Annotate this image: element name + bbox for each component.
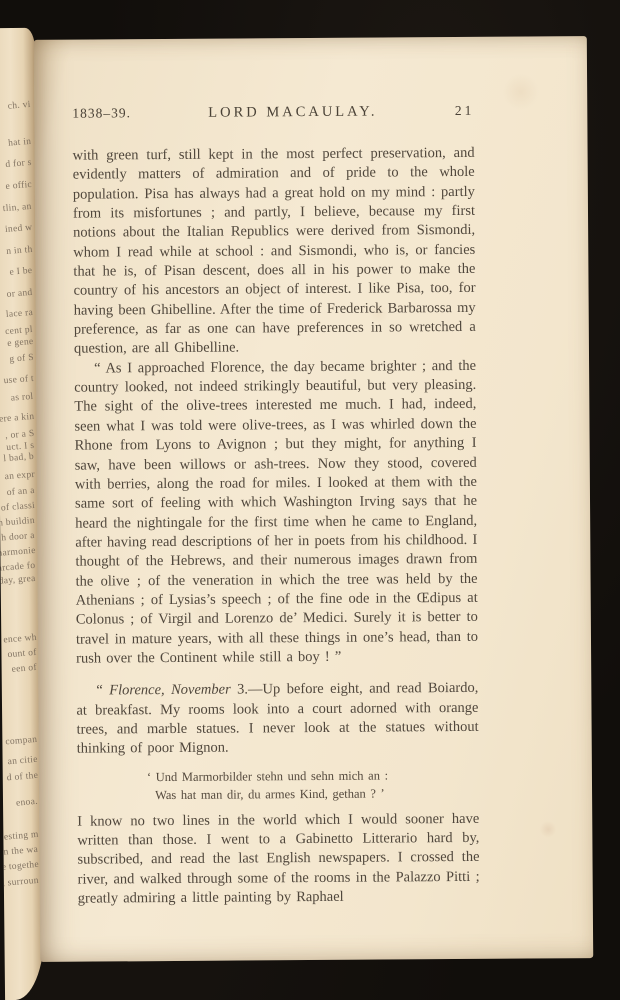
page-content: 1838–39. LORD MACAULAY. 21 with green tu…	[72, 37, 480, 909]
facing-page-text-fragment: l bad, b	[3, 452, 34, 464]
facing-page-text-fragment: n in th	[6, 245, 33, 257]
facing-page-text-fragment: ount of	[7, 648, 37, 660]
running-head-date: 1838–39.	[72, 105, 131, 121]
facing-page-text-fragment: cent pl	[5, 325, 33, 337]
facing-page-text-fragment: day, grea	[0, 574, 36, 587]
entry-open-quote: “	[96, 683, 109, 699]
facing-page-text-fragment: use of t	[3, 374, 34, 386]
verse-quotation: ‘ Und Marmorbilder stehn und sehn mich a…	[77, 766, 479, 806]
facing-page-text-fragment: arcade fo	[0, 561, 36, 574]
facing-page-text-fragment: resting m	[0, 830, 39, 843]
facing-page-text-fragment: e I be	[9, 266, 33, 278]
running-head-title: LORD MACAULAY.	[208, 104, 377, 122]
facing-page-text-fragment: al, surroun	[0, 876, 39, 889]
paragraph-gabinetto: I know no two lines in the world which I…	[77, 810, 480, 910]
facing-page-text-fragment: h door a	[1, 531, 35, 544]
facing-page-text-fragment: ere a kin	[0, 412, 34, 425]
facing-page-text-fragment: harmonie	[0, 546, 36, 559]
verse-line-2: Was hat man dir, du armes Kind, gethan ?…	[147, 784, 479, 805]
facing-page-text-fragment: or and	[7, 288, 34, 300]
facing-page-text-fragment: enoa.	[16, 797, 39, 809]
facing-page-text-fragment: lace ra	[5, 308, 33, 320]
facing-page-text-fragment: e togethe	[1, 860, 39, 873]
running-head: 1838–39. LORD MACAULAY. 21	[72, 103, 474, 123]
facing-page-text-fragment: , or a S	[5, 429, 35, 441]
facing-page-text-fragment: d for s	[5, 158, 32, 170]
facing-page-text-fragment: of classi	[1, 501, 36, 514]
facing-page-text-fragment: e gene	[7, 337, 34, 349]
facing-page-text-fragment: an expr	[4, 470, 35, 482]
facing-page-text-fragment: tlin, an	[3, 202, 33, 214]
facing-page-text-fragment: hat in	[8, 137, 32, 149]
facing-page-text-fragment: h buildin	[0, 516, 35, 529]
facing-page-text-fragment: d of the	[6, 771, 38, 783]
facing-page-text-fragment: ined w	[4, 223, 32, 235]
facing-page-text-fragment: an citie	[7, 755, 38, 767]
facing-page-text-fragment: een of	[11, 663, 37, 675]
facing-page-text-fragment: ch. vi	[7, 100, 31, 112]
book-page: 1838–39. LORD MACAULAY. 21 with green tu…	[34, 36, 593, 962]
facing-page-text-fragment: ence wh	[3, 633, 37, 646]
body-text: with green turf, still kept in the most …	[73, 144, 480, 909]
facing-page-text-fragment: n the wa	[4, 845, 39, 858]
facing-page-text-fragment: as rol	[11, 392, 34, 404]
entry-dateline: Florence, November	[109, 682, 231, 699]
paragraph-pisa: with green turf, still kept in the most …	[73, 144, 476, 360]
paragraph-florence-entry: “ Florence, November 3.—Up before eight,…	[76, 679, 479, 759]
paragraph-florence-approach: “ As I approached Florence, the day beca…	[74, 357, 478, 669]
facing-page-text-fragment: g of S	[9, 353, 34, 365]
page-number: 21	[455, 103, 475, 119]
facing-page-text-fragment: e offic	[5, 180, 32, 192]
verse-line-1: ‘ Und Marmorbilder stehn und sehn mich a…	[147, 766, 479, 787]
facing-page-text-fragment: compan	[5, 735, 38, 748]
facing-page-text-fragment: of an a	[6, 486, 35, 498]
